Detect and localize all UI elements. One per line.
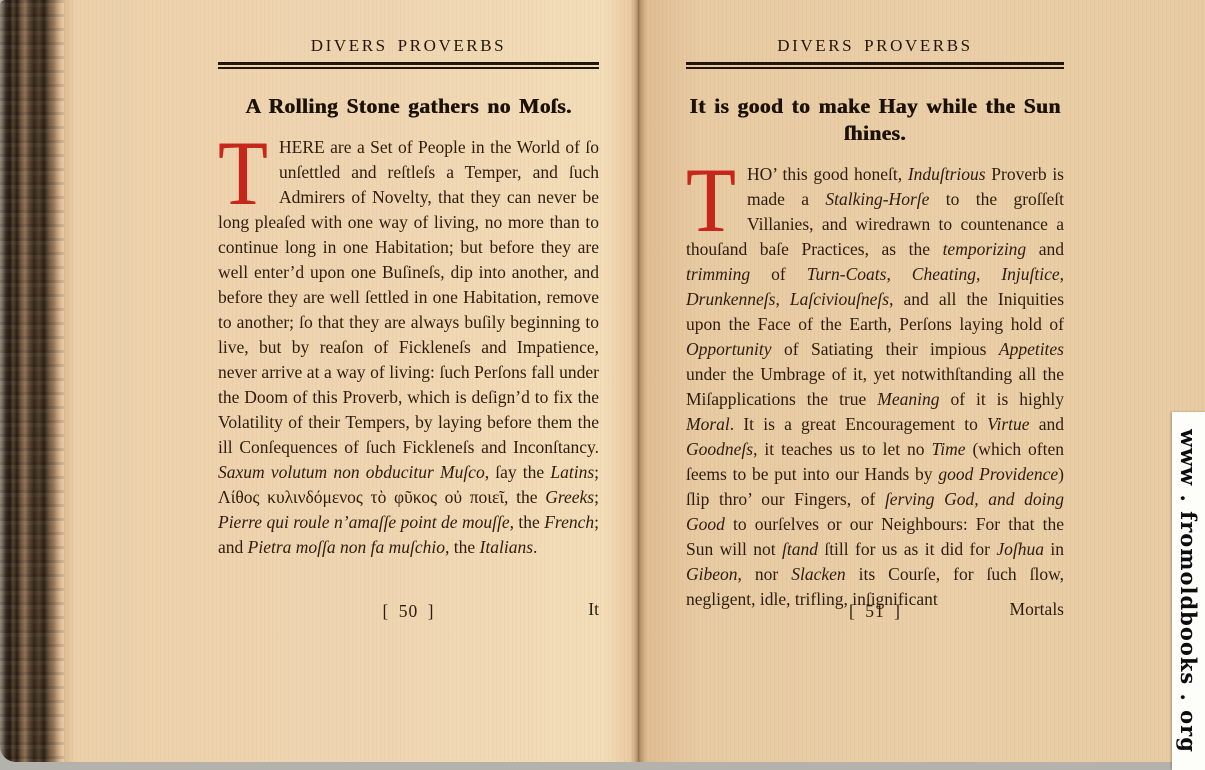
book-gutter-shadow [630, 0, 646, 762]
left-drop-cap: T [218, 138, 264, 209]
right-page-footer: [ 51 ] Mortals [686, 601, 1064, 627]
right-catchword: Mortals [1010, 599, 1064, 620]
left-head-rule [218, 62, 599, 69]
left-proverb-title: A Rolling Stone gathers no Moſs. [218, 93, 599, 120]
left-body-text: THERE are a Set of People in the World o… [218, 135, 599, 560]
website-watermark-strip: www . fromoldbooks . org [1172, 412, 1205, 770]
book-page-stack-edge [0, 0, 64, 762]
left-page-content: DIVERS PROVERBS A Rolling Stone gathers … [218, 36, 599, 560]
right-body-text: THO’ this good honeſt, Induſtrious Prove… [686, 162, 1064, 612]
right-body-runs: HO’ this good honeſt, Induſtrious Prover… [686, 164, 1064, 609]
watermark-url-text: www . fromoldbooks . org [1176, 429, 1201, 753]
left-body-runs: HERE are a Set of People in the World of… [218, 137, 599, 557]
left-catchword: It [588, 599, 599, 620]
scanned-book-photo: { "colors": { "paper_left": "#efd5b1", "… [0, 0, 1205, 770]
right-page-number: [ 51 ] [686, 601, 1064, 622]
right-running-head: DIVERS PROVERBS [686, 36, 1064, 56]
right-head-rule [686, 62, 1064, 69]
right-page-content: DIVERS PROVERBS It is good to make Hay w… [686, 36, 1064, 612]
left-running-head: DIVERS PROVERBS [218, 36, 599, 56]
open-book: DIVERS PROVERBS A Rolling Stone gathers … [0, 0, 1205, 762]
right-proverb-title: It is good to make Hay while the Sun ſhi… [686, 93, 1064, 147]
right-drop-cap: T [686, 165, 732, 236]
left-page-footer: [ 50 ] It [218, 601, 599, 627]
left-page-number: [ 50 ] [218, 601, 599, 622]
